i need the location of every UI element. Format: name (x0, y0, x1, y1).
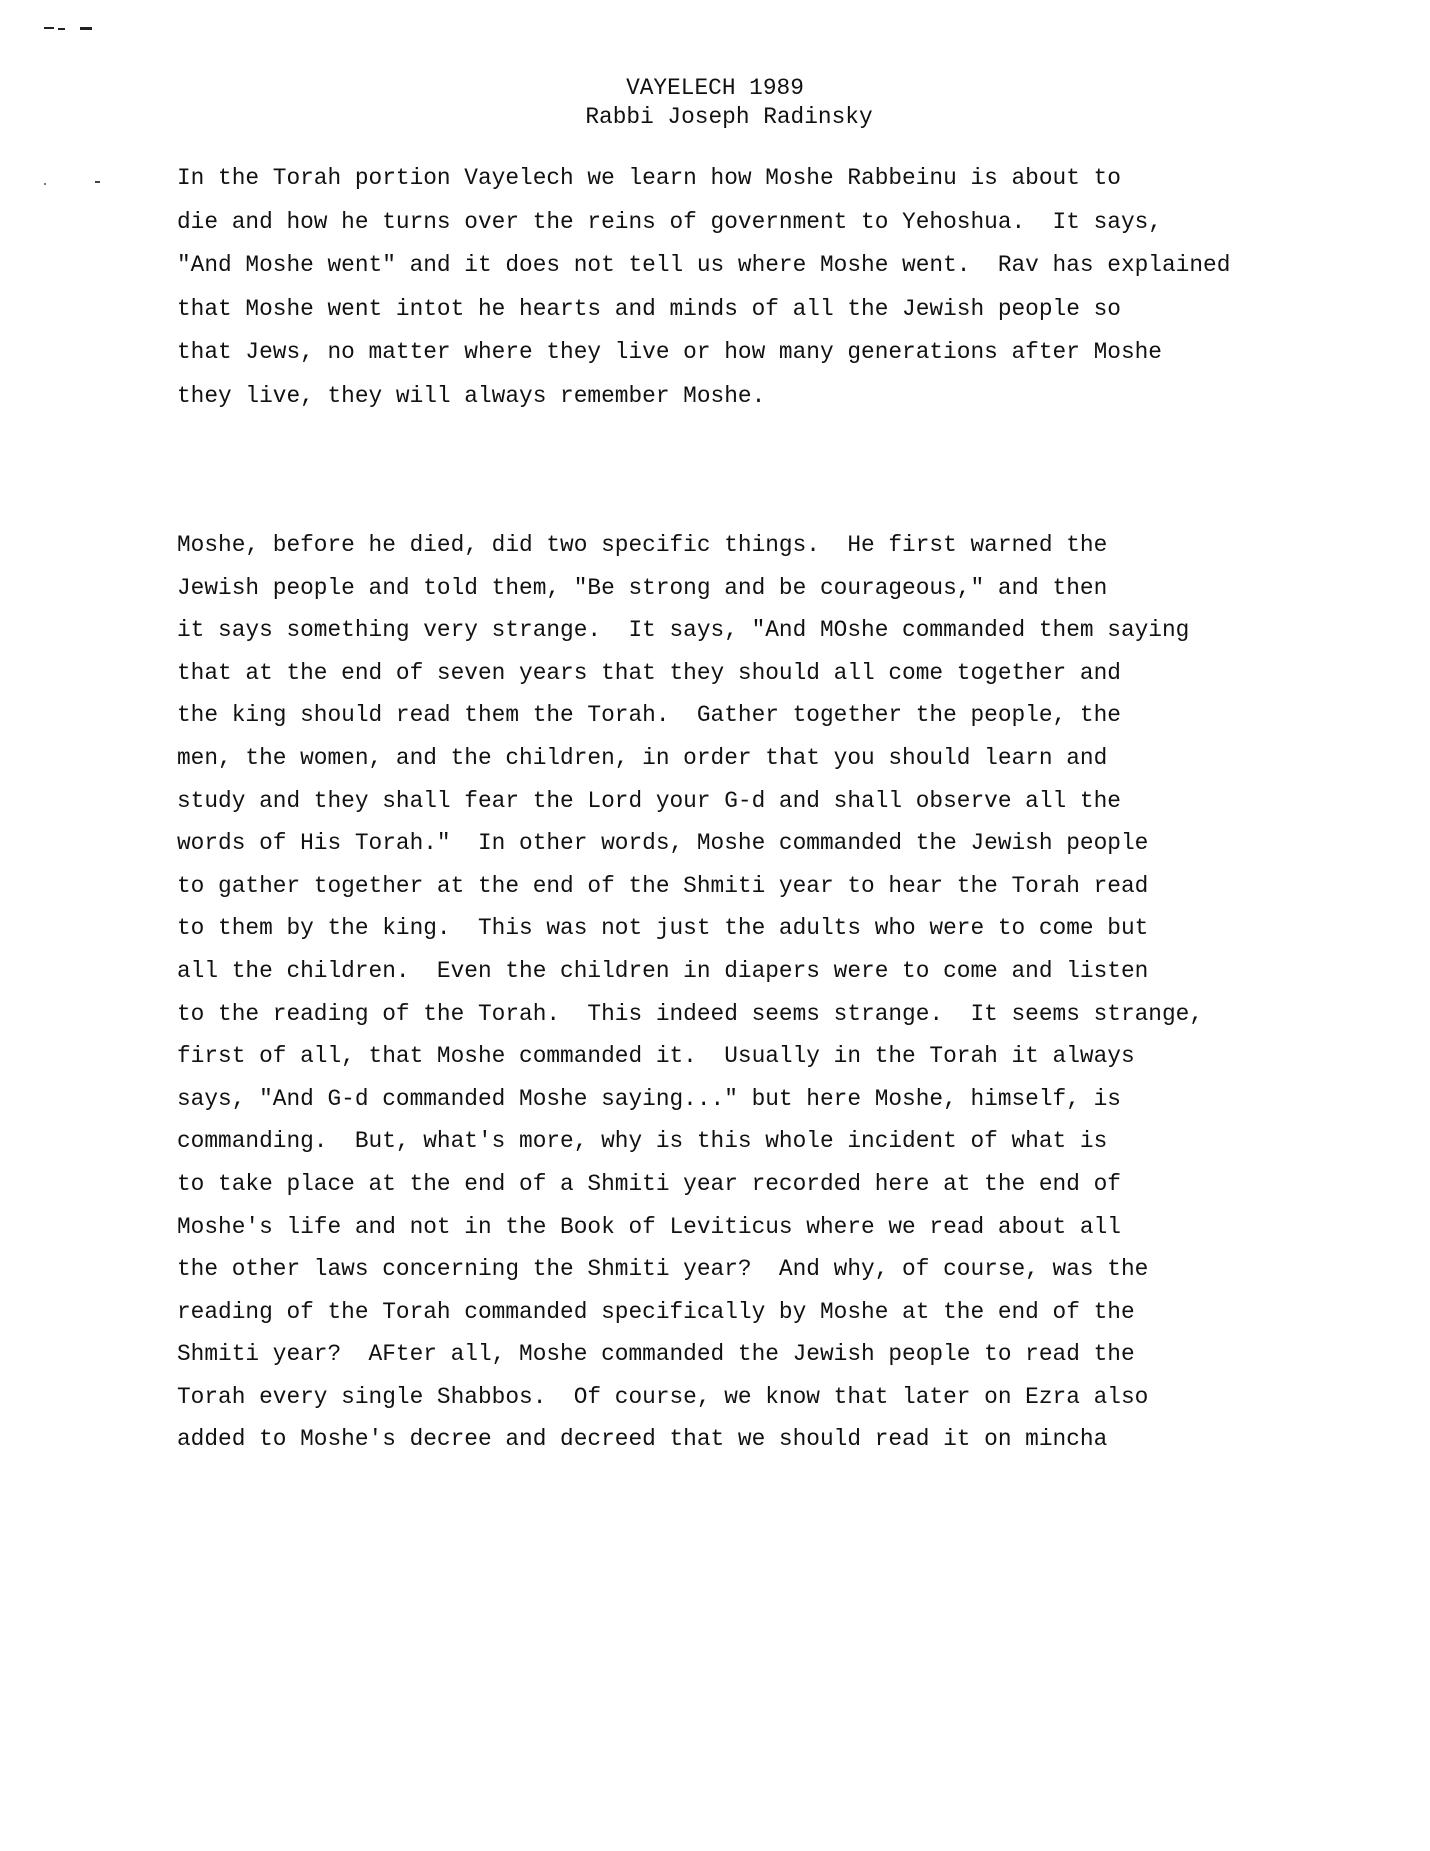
scan-artifact (80, 27, 92, 30)
document-body: In the Torah portion Vayelech we learn h… (177, 0, 204, 78)
document-header: VAYELECH 1989 Rabbi Joseph Radinsky (0, 74, 1430, 132)
document-title: VAYELECH 1989 (0, 74, 1430, 103)
document-author: Rabbi Joseph Radinsky (0, 103, 1430, 132)
scan-artifact (58, 28, 65, 30)
scan-artifact (95, 181, 100, 183)
paragraph: In the Torah portion Vayelech we learn h… (177, 163, 1230, 425)
paragraph: Moshe, before he died, did two specific … (177, 531, 1203, 1468)
scan-artifact (44, 183, 46, 185)
text-line: added to Moshe's decree and decreed that… (177, 1412, 1203, 1468)
scan-artifact (44, 27, 54, 29)
